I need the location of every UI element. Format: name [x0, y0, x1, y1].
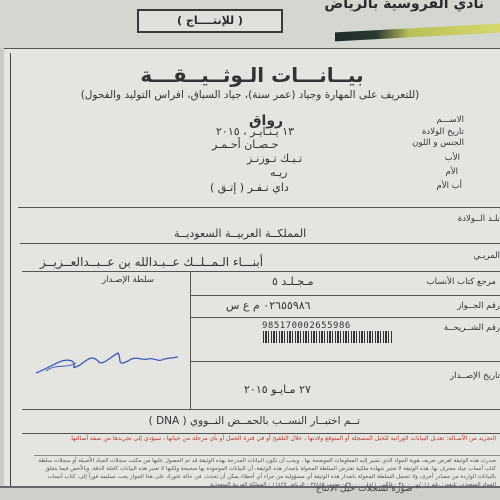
horse-passport-document: بيــانـــات الـوثــيــقـــة (للتعريف على… — [4, 48, 500, 488]
label-passport-no: رقم الجــواز — [457, 301, 500, 311]
production-badge: ( للإنتــــاج ) — [137, 9, 283, 33]
document-subtitle: (للتعريف على المهارة وجياد (عمر سنة)، جي… — [4, 89, 496, 101]
label-birth-date: تاريخ الولادة — [422, 127, 464, 137]
records-note: * صورة لسجلات خيل الانتاج — [316, 484, 420, 494]
divider — [22, 433, 500, 434]
value-passport-no: ٠٢٦٥٥٩٨٦ م ع س — [226, 299, 311, 312]
chip-barcode — [263, 331, 393, 343]
column-divider — [190, 271, 191, 409]
label-sire: الأب — [445, 153, 460, 163]
value-dam: ريـه — [270, 166, 288, 179]
label-sex-color: الجنس و اللون — [412, 138, 464, 148]
value-sire: تـيـك تـوزنـز — [247, 152, 302, 165]
value-birth-country: المملكــة العربيــة السعوديــة — [174, 227, 306, 240]
club-name: نادي الفروسية بالرياض — [324, 0, 484, 12]
legal-disclaimer: صدرت هذه الوثيقة لغرض تعريف هوية الجواد … — [34, 457, 496, 489]
value-breeder: أبنـــاء الـمــلــك عــبـدالله بن عــبــ… — [40, 255, 263, 269]
label-issue-date: تاريخ الإصــدار — [450, 371, 500, 381]
label-chip-no: رقم الشــريحــة — [444, 323, 500, 333]
divider — [191, 317, 500, 318]
label-stud-book-ref: مرجع كتاب الأنساب — [427, 277, 496, 287]
value-issue-date: ٢٧ مـايـو ٢٠١٥ — [244, 383, 311, 396]
label-breeder: المربـي — [474, 251, 500, 261]
label-birth-country: بلـد الــولادة — [458, 214, 500, 224]
divider — [20, 243, 500, 244]
divider — [18, 207, 500, 208]
value-sex-color: حـصـان أحـمـر — [212, 138, 278, 151]
label-name: الاســـم — [437, 115, 464, 125]
divider — [191, 295, 500, 296]
top-sheet: نادي الفروسية بالرياض ( للإنتــــاج ) — [0, 0, 500, 48]
label-issuing-authority: سلطة الإصـدار — [102, 275, 154, 285]
document-title: بيــانـــات الـوثــيــقـــة — [4, 63, 500, 87]
dna-verification-note: تــم اختبــار النســب بالحمــض النــووي … — [32, 415, 360, 427]
signature — [32, 347, 182, 377]
value-dam-sire: داي نـفـر ( إتـق ) — [210, 181, 289, 194]
divider — [34, 455, 500, 456]
de-purification-warning: التجريد من الأصـالة: تعديل البيانات الور… — [34, 435, 496, 443]
decorative-stripe — [335, 24, 500, 42]
label-dam-sire: أب الأم — [436, 181, 462, 191]
divider — [22, 409, 500, 410]
divider — [191, 361, 500, 362]
bottom-sheet — [0, 486, 500, 500]
label-dam: الأم — [446, 167, 458, 177]
divider — [22, 271, 500, 272]
chip-number: 985170002655986 — [262, 321, 351, 331]
value-stud-book-ref: مـجـلـد ٥ — [272, 275, 314, 288]
value-birth-date: ١٣ يـنـايـر ، ٢٠١٥ — [216, 125, 294, 138]
